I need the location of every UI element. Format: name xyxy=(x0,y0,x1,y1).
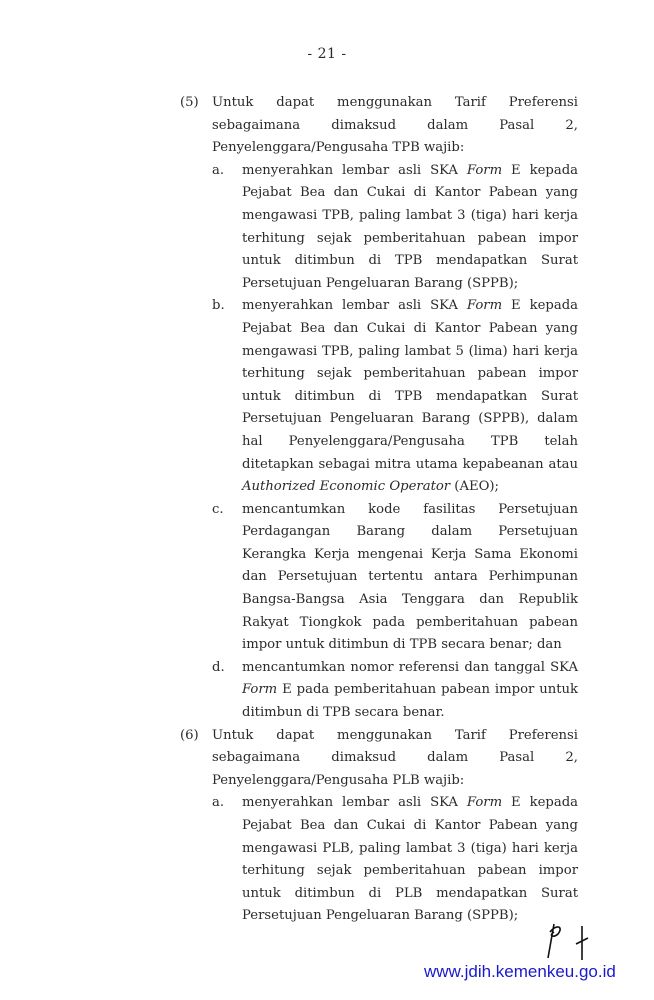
page-number: - 21 - xyxy=(0,46,654,62)
item-label: d. xyxy=(212,657,225,680)
item-text: mencantumkan nomor referensi dan tanggal… xyxy=(242,657,578,725)
initials-signature-icon xyxy=(540,918,600,962)
item-text: mencantumkan kode fasilitas Persetujuan … xyxy=(242,499,578,657)
list-item-a: a. menyerahkan lembar asli SKA Form E ke… xyxy=(212,792,578,928)
paragraph-number: (6) xyxy=(180,725,199,748)
paragraph-intro: Untuk dapat menggunakan Tarif Preferensi… xyxy=(212,92,578,160)
list-item-c: c. mencantumkan kode fasilitas Persetuju… xyxy=(212,499,578,657)
paragraph-intro: Untuk dapat menggunakan Tarif Preferensi… xyxy=(212,725,578,793)
item-label: b. xyxy=(212,295,225,318)
document-body: (5) Untuk dapat menggunakan Tarif Prefer… xyxy=(180,92,578,928)
paragraph-number: (5) xyxy=(180,92,199,115)
list-item-b: b. menyerahkan lembar asli SKA Form E ke… xyxy=(212,295,578,498)
footer-url-link[interactable]: www.jdih.kemenkeu.go.id xyxy=(424,962,616,982)
paragraph-5: (5) Untuk dapat menggunakan Tarif Prefer… xyxy=(180,92,578,725)
list-item-a: a. menyerahkan lembar asli SKA Form E ke… xyxy=(212,160,578,296)
item-label: c. xyxy=(212,499,224,522)
item-label: a. xyxy=(212,792,224,815)
item-text: menyerahkan lembar asli SKA Form E kepad… xyxy=(242,792,578,928)
item-text: menyerahkan lembar asli SKA Form E kepad… xyxy=(242,295,578,498)
item-text: menyerahkan lembar asli SKA Form E kepad… xyxy=(242,160,578,296)
list-item-d: d. mencantumkan nomor referensi dan tang… xyxy=(212,657,578,725)
paragraph-6: (6) Untuk dapat menggunakan Tarif Prefer… xyxy=(180,725,578,928)
item-label: a. xyxy=(212,160,224,183)
